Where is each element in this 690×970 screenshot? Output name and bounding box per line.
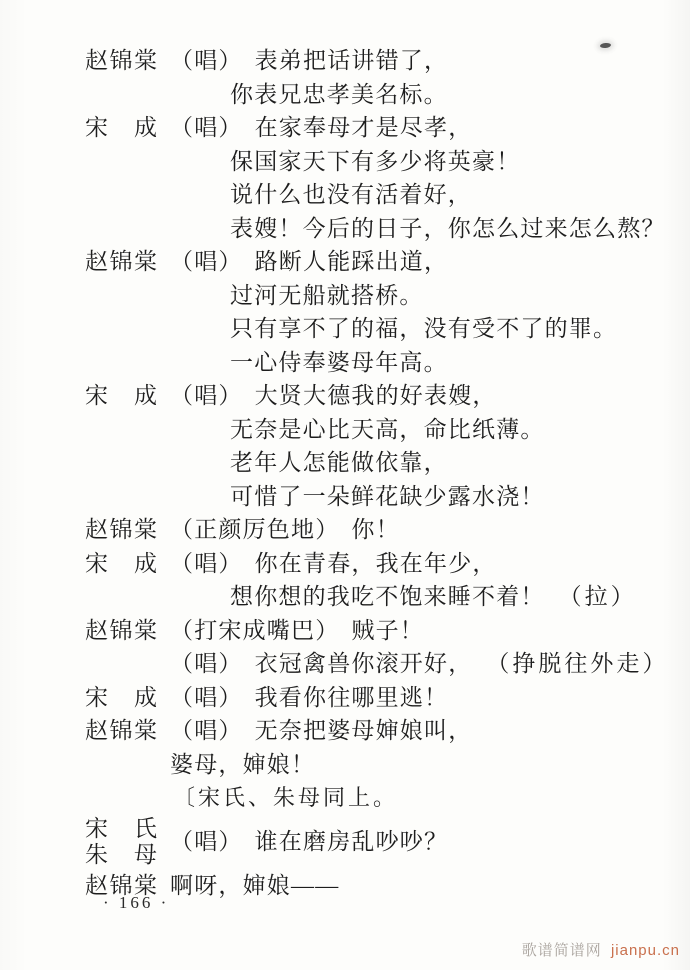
line-text: 你！ — [351, 513, 399, 547]
stage-direction-tag: （唱） — [170, 825, 243, 859]
speaker-name: 赵锦棠 — [85, 513, 170, 547]
script-line: 宋 成（唱）在家奉母才是尽孝， — [85, 111, 680, 145]
script-line: 只有享不了的福，没有受不了的罪。 — [85, 312, 680, 346]
stage-direction-tag: （唱） — [170, 714, 243, 748]
stage-direction-tag: （唱） — [170, 681, 243, 715]
script-line: 无奈是心比天高，命比纸薄。 — [85, 413, 680, 447]
line-text: 保国家天下有多少将英豪！ — [230, 145, 520, 179]
script-line: 赵锦棠（打宋成嘴巴）贼子！ — [85, 614, 680, 648]
speaker-name: 宋 成 — [85, 111, 170, 145]
script-line: 宋 成（唱）大贤大德我的好表嫂， — [85, 379, 680, 413]
line-text: 无奈把婆母婶娘叫， — [255, 714, 473, 748]
speaker-name: 宋 成 — [85, 681, 170, 715]
page-number: · 166 · — [103, 893, 169, 913]
line-text: 一心侍奉婆母年高。 — [230, 346, 448, 380]
speaker-name: 朱 母 — [85, 842, 170, 868]
script-line: 赵锦棠啊呀，婶娘—— — [85, 869, 680, 903]
speaker-name: 宋 成 — [85, 547, 170, 581]
script-line: 一心侍奉婆母年高。 — [85, 346, 680, 380]
script-line: 表嫂！今后的日子，你怎么过来怎么熬？ — [85, 212, 680, 246]
speaker-name: 赵锦棠 — [85, 614, 170, 648]
line-text: 你表兄忠孝美名标。 — [230, 78, 448, 112]
speaker-name: 赵锦棠 — [85, 245, 170, 279]
speaker-name: 宋 氏 — [85, 816, 170, 842]
stage-direction-tag: （唱） — [170, 547, 243, 581]
script-line: 婆母，婶娘！ — [85, 748, 680, 782]
line-text: 在家奉母才是尽孝， — [255, 111, 473, 145]
stage-direction-tag: （打宋成嘴巴） — [170, 614, 339, 648]
script-line: 宋 成（唱）我看你往哪里逃！ — [85, 681, 680, 715]
line-text: 贼子！ — [351, 614, 424, 648]
line-text: 过河无船就搭桥。 — [230, 279, 424, 313]
script-line: 想你想的我吃不饱来睡不着！（拉） — [85, 580, 680, 614]
script-line: 赵锦棠（唱）无奈把婆母婶娘叫， — [85, 714, 680, 748]
watermark-site-name: 歌谱简谱网 — [522, 942, 602, 959]
line-text: 你在青春，我在年少， — [255, 547, 497, 581]
stage-direction-suffix: （挣脱往外走） — [486, 647, 668, 681]
script-line: 宋 氏朱 母（唱）谁在磨房乱吵吵？ — [85, 815, 680, 869]
stage-direction-tag: （唱） — [170, 245, 243, 279]
dual-speaker-names: 宋 氏朱 母 — [85, 816, 170, 868]
scanned-script-page: 赵锦棠（唱）表弟把话讲错了，你表兄忠孝美名标。宋 成（唱）在家奉母才是尽孝，保国… — [0, 0, 690, 970]
stage-direction-tag: （唱） — [170, 44, 243, 78]
script-line: 你表兄忠孝美名标。 — [85, 78, 680, 112]
script-line: 宋 成（唱）你在青春，我在年少， — [85, 547, 680, 581]
line-text: 表弟把话讲错了， — [255, 44, 449, 78]
script-line: 说什么也没有活着好， — [85, 178, 680, 212]
script-line: 过河无船就搭桥。 — [85, 279, 680, 313]
line-text: 啊呀，婶娘—— — [170, 869, 339, 903]
script-line: （唱）衣冠禽兽你滚开好，（挣脱往外走） — [85, 647, 680, 681]
speaker-name: 赵锦棠 — [85, 714, 170, 748]
line-text: 衣冠禽兽你滚开好， — [255, 647, 473, 681]
line-text: 无奈是心比天高，命比纸薄。 — [230, 413, 545, 447]
speaker-name: 赵锦棠 — [85, 44, 170, 78]
line-text: 谁在磨房乱吵吵？ — [255, 825, 449, 859]
line-text: 可惜了一朵鲜花缺少露水浇！ — [230, 480, 545, 514]
line-text: 我看你往哪里逃！ — [255, 681, 449, 715]
stage-direction-suffix: （拉） — [559, 580, 637, 614]
line-text: 说什么也没有活着好， — [230, 178, 472, 212]
script-line: 〔宋氏、朱母同上。 — [85, 781, 680, 815]
line-text: 婆母，婶娘！ — [170, 748, 315, 782]
stage-direction-tag: （唱） — [170, 111, 243, 145]
watermark-url: jianpu.cn — [611, 942, 680, 959]
line-text: 老年人怎能做依靠， — [230, 446, 448, 480]
script-line: 保国家天下有多少将英豪！ — [85, 145, 680, 179]
line-text: 表嫂！今后的日子，你怎么过来怎么熬？ — [230, 212, 666, 246]
line-text: 〔宋氏、朱母同上。 — [173, 781, 398, 815]
watermark: 歌谱简谱网 jianpu.cn — [522, 939, 680, 960]
line-text: 大贤大德我的好表嫂， — [255, 379, 497, 413]
speaker-name: 宋 成 — [85, 379, 170, 413]
script-line: 赵锦棠（唱）表弟把话讲错了， — [85, 44, 680, 78]
line-text: 想你想的我吃不饱来睡不着！ — [230, 580, 545, 614]
line-text: 路断人能踩出道， — [255, 245, 449, 279]
line-text: 只有享不了的福，没有受不了的罪。 — [230, 312, 617, 346]
script-line: 可惜了一朵鲜花缺少露水浇！ — [85, 480, 680, 514]
script-line: 赵锦棠（正颜厉色地）你！ — [85, 513, 680, 547]
stage-direction-tag: （唱） — [170, 647, 243, 681]
script-line: 赵锦棠（唱）路断人能踩出道， — [85, 245, 680, 279]
stage-direction-tag: （正颜厉色地） — [170, 513, 339, 547]
script-line: 老年人怎能做依靠， — [85, 446, 680, 480]
stage-direction-tag: （唱） — [170, 379, 243, 413]
script-lines: 赵锦棠（唱）表弟把话讲错了，你表兄忠孝美名标。宋 成（唱）在家奉母才是尽孝，保国… — [85, 44, 680, 902]
